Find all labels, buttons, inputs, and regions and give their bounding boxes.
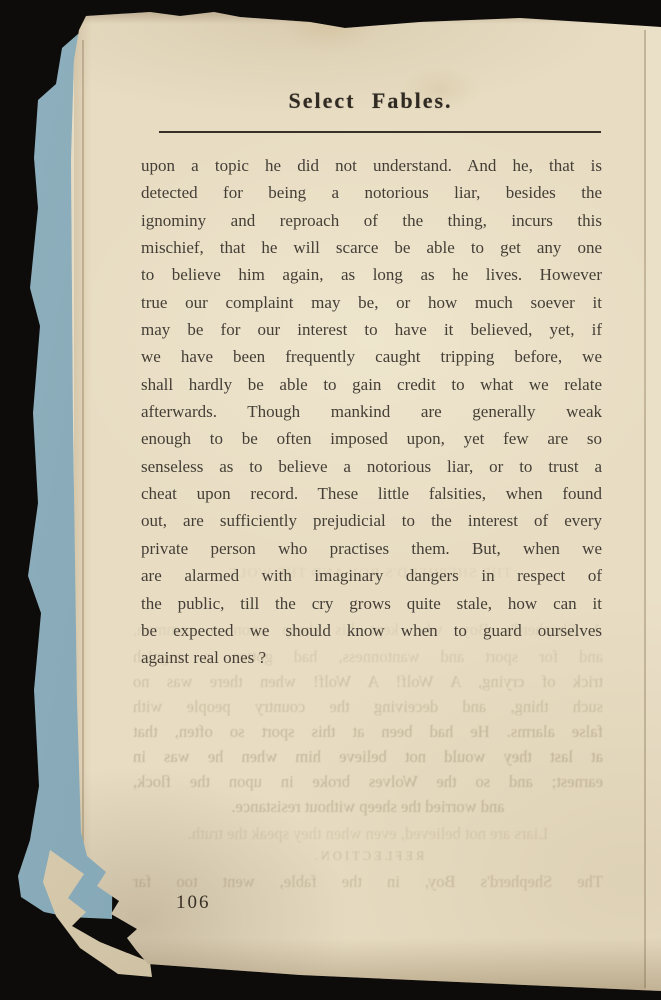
book-page: Select Fables. upon a topic he did not u… bbox=[0, 0, 661, 1000]
page-edge-crease bbox=[82, 40, 84, 920]
body-line: ignominy and reproach of the thing, incu… bbox=[141, 207, 602, 234]
bleed-line: The Shepherd's Boy, in the fable, went t… bbox=[133, 868, 603, 895]
bleed-line: REFLECTION. bbox=[133, 843, 603, 870]
body-line: shall hardly be able to gain credit to w… bbox=[141, 371, 602, 398]
bleed-line: at last they would not believe him when … bbox=[133, 743, 603, 770]
page-top-shadow bbox=[0, 8, 661, 24]
scanned-book-photo: Select Fables. upon a topic he did not u… bbox=[0, 0, 661, 1000]
body-line: mischief, that he will scarce be able to… bbox=[141, 234, 602, 261]
body-line: the public, till the cry grows quite sta… bbox=[141, 590, 602, 617]
bleed-line: false alarms. He had been at this sport … bbox=[133, 718, 603, 745]
body-line: may be for our interest to have it belie… bbox=[141, 316, 602, 343]
body-line: upon a topic he did not understand. And … bbox=[141, 152, 602, 179]
bleed-line: earnest; and so the Wolves broke in upon… bbox=[133, 768, 603, 795]
body-line: private person who practises them. But, … bbox=[141, 535, 602, 562]
body-line: to believe him again, as long as he live… bbox=[141, 261, 602, 288]
bleed-line: Liars are not believed, even when they s… bbox=[133, 820, 603, 847]
bleed-line: trick of crying, A Wolf! A Wolf! when th… bbox=[133, 668, 603, 695]
body-line: enough to be often imposed upon, yet few… bbox=[141, 425, 602, 452]
body-line: be expected we should know when to guard… bbox=[141, 617, 602, 644]
body-line: cheat upon record. These little falsitie… bbox=[141, 480, 602, 507]
body-line: detected for being a notorious liar, bes… bbox=[141, 179, 602, 206]
body-line: out, are sufficiently prejudicial to the… bbox=[141, 507, 602, 534]
bleed-line: such thing, and deceiving the country pe… bbox=[133, 693, 603, 720]
body-line: against real ones ? bbox=[141, 644, 602, 671]
page-number: 106 bbox=[176, 892, 211, 914]
body-line: true our complaint may be, or how much s… bbox=[141, 289, 602, 316]
page-header-title: Select Fables. bbox=[140, 88, 601, 114]
body-line: senseless as to believe a notorious liar… bbox=[141, 453, 602, 480]
header-rule bbox=[159, 131, 601, 133]
bleed-line: and worried the sheep without resistance… bbox=[133, 793, 603, 820]
right-page-edge bbox=[646, 26, 661, 990]
body-text: upon a topic he did not understand. And … bbox=[141, 152, 602, 672]
body-line: afterwards. Though mankind are generally… bbox=[141, 398, 602, 425]
body-line: are alarmed with imaginary dangers in re… bbox=[141, 562, 602, 589]
body-line: we have been frequently caught tripping … bbox=[141, 343, 602, 370]
